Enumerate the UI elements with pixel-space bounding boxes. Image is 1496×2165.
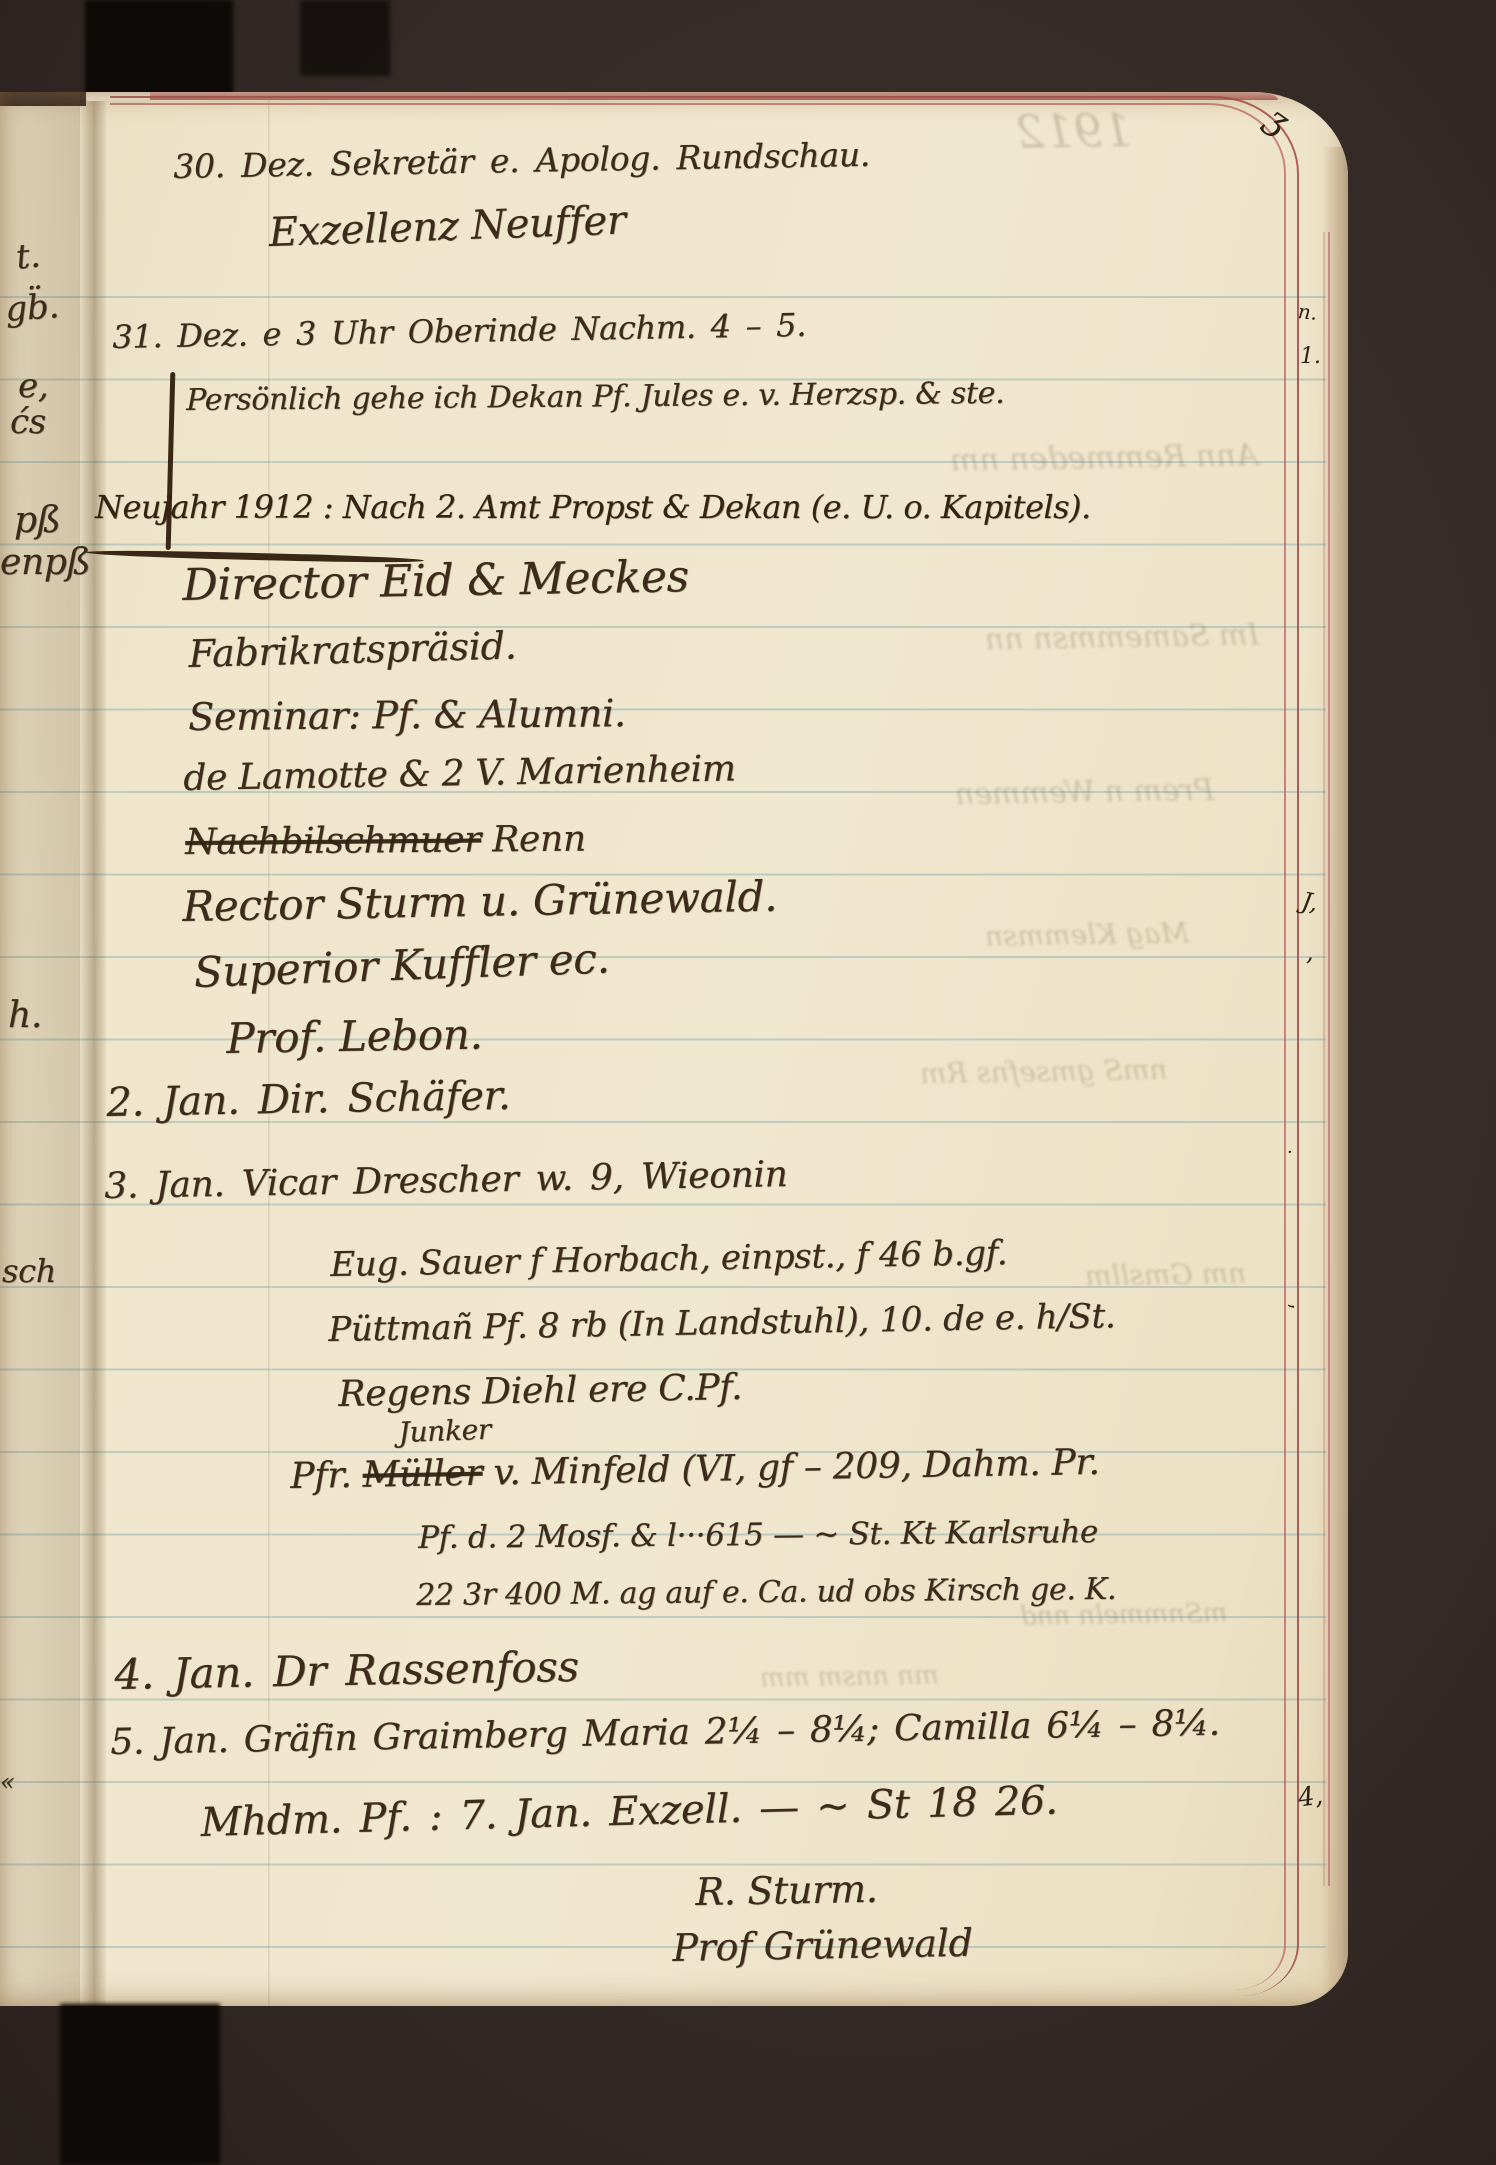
insertion-junker: Junker xyxy=(398,1413,492,1449)
bleed-through-text: nm Gmsllm xyxy=(1085,1257,1247,1293)
entry-prof-gruenewald: Prof Grünewald xyxy=(672,1921,973,1970)
bleed-through-text: Im Samemmsn nn xyxy=(985,618,1260,658)
verso-fragment: e, xyxy=(18,366,48,406)
entry-rector-sturm-gruenewald: Rector Sturm u. Grünewald. xyxy=(182,872,778,931)
bleed-through-text: Ann Remmeden nm xyxy=(950,437,1259,478)
struck-word: Nachbilschmuer xyxy=(185,819,481,863)
margin-ink-mark: 4, xyxy=(1296,1780,1325,1813)
verso-fragment: sch xyxy=(2,1252,56,1290)
entry-regens-diehl: Regens Diehl ere C.Pf. xyxy=(338,1367,742,1415)
entry-persoenlich-note: Persönlich gehe ich Dekan Pf. Jules e. v… xyxy=(186,376,1005,418)
verso-fragment: h. xyxy=(8,995,42,1036)
gutter-crease xyxy=(78,92,106,2006)
entry-director-eid-meckes: Director Eid & Meckes xyxy=(182,551,689,611)
entry-renn-rest: Renn xyxy=(481,819,586,861)
fore-edge-page-stack xyxy=(1322,147,1348,1996)
fore-edge-red-stain-2 xyxy=(1323,232,1325,1886)
entry-seminar-alumni: Seminar: Pf. & Alumni. xyxy=(188,691,626,739)
fore-edge-red-stain-1 xyxy=(1328,232,1330,1886)
entry-r-sturm: R. Sturm. xyxy=(695,1867,878,1914)
entry-400-mark-note: 22 3r 400 M. ag auf e. Ca. ud obs Kirsch… xyxy=(416,1572,1116,1613)
verso-fragment: « xyxy=(0,1768,14,1796)
margin-ink-mark: 1. xyxy=(1300,344,1321,369)
entry-fabrikratspraesid: Fabrikratspräsid. xyxy=(188,623,517,676)
spine-cover-strip-top xyxy=(85,0,233,100)
verso-fragment: enpß xyxy=(0,542,90,583)
margin-ink-mark: , xyxy=(1306,938,1314,966)
entry-neujahr-1912: Neujahr 1912 : Nach 2. Amt Propst & Deka… xyxy=(95,488,1091,526)
photographed-notebook-scene: { "document": { "kind": "Handwritten dia… xyxy=(0,0,1496,2165)
bleed-through-text: mn nnsm mm xyxy=(760,1660,939,1693)
spine-cover-strip-bottom xyxy=(60,2004,220,2165)
red-stained-top-edge xyxy=(150,92,1278,100)
verso-fragment: pß xyxy=(14,500,61,541)
struck-name-mueller: Müller xyxy=(362,1453,482,1496)
entry-4-jan-rassenfoss: 4. Jan. Dr Rassenfoss xyxy=(114,1642,579,1699)
bleed-through-text: Prem n Wemmen xyxy=(955,773,1215,813)
bleed-through-text: Mag Klemmsn xyxy=(985,916,1190,953)
verso-fragment: ćs xyxy=(10,402,46,442)
entry-prof-lebon: Prof. Lebon. xyxy=(226,1010,483,1063)
margin-ink-mark: n. xyxy=(1297,299,1318,325)
entry-renn-corrected: Nachbilschmuer Renn xyxy=(185,819,586,863)
verso-fragment: t. xyxy=(14,236,42,278)
verso-fragment: gb̈. xyxy=(4,286,60,330)
entry-pfr-pre: Pfr. xyxy=(290,1455,363,1497)
cover-shadow-top xyxy=(300,0,390,76)
margin-ink-dot: · xyxy=(1287,1142,1293,1163)
bleed-through-year: 1912 xyxy=(1015,103,1133,159)
entry-karlsruhe-note: Pf. d. 2 Mosf. & l···615 — ~ St. Kt Karl… xyxy=(418,1514,1098,1556)
entry-2-jan-schaefer: 2. Jan. Dir. Schäfer. xyxy=(106,1073,511,1126)
bleed-through-text: nmS gmsefns Rm xyxy=(920,1053,1168,1090)
